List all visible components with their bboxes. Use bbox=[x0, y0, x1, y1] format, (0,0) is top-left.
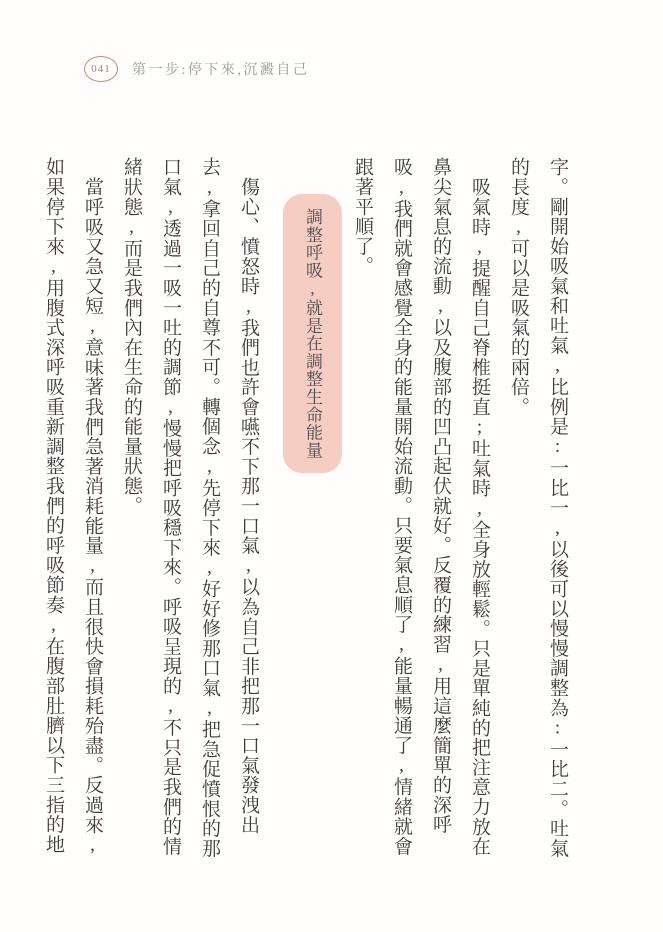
book-page: 041 第一步:停下來,沉澱自己 字。剛開始吸氣和吐氣,比例是:一比一,以後可以… bbox=[0, 0, 663, 932]
paragraph: 傷心、憤怒時,我們也許會嚥不下那一口氣,以為自己非把那一口氣發洩出去,拿回自己的… bbox=[112, 157, 268, 873]
page-number: 041 bbox=[91, 63, 111, 75]
body-text: 字。剛開始吸氣和吐氣,比例是:一比一,以後可以慢慢調整為:一比二。吐氣的長度,可… bbox=[34, 157, 577, 873]
section-heading-pill: 調整呼吸,就是在調整生命能量 bbox=[283, 194, 342, 473]
page-number-badge: 041 bbox=[84, 56, 118, 82]
page-header: 041 第一步:停下來,沉澱自己 bbox=[84, 56, 309, 82]
paragraph: 當呼吸又急又短,意味著我們急著消耗能量,而且很快會損耗殆盡。反過來,如果停下來,… bbox=[34, 157, 112, 873]
chapter-title: 第一步:停下來,沉澱自己 bbox=[132, 59, 309, 79]
section-heading-line: 調整呼吸,就是在調整生命能量 bbox=[268, 157, 343, 873]
paragraph: 吸氣時,提醒自己脊椎挺直;吐氣時,全身放輕鬆。只是單純的把注意力放在鼻尖氣息的流… bbox=[343, 157, 499, 873]
paragraph: 字。剛開始吸氣和吐氣,比例是:一比一,以後可以慢慢調整為:一比二。吐氣的長度,可… bbox=[499, 157, 577, 873]
